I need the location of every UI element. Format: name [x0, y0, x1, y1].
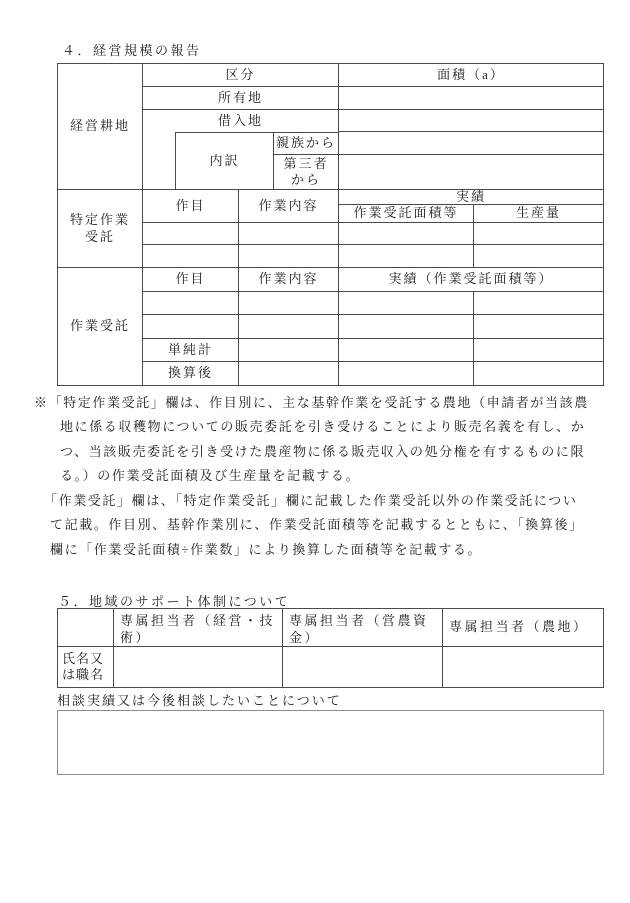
input-jutaku-r2-menseki2[interactable]: [474, 315, 603, 339]
input-tantosha-nochi[interactable]: [443, 647, 603, 687]
input-kansango-menseki2[interactable]: [474, 362, 603, 385]
note-line: て記載。作目別、基幹作業別に、作業受託面積等を記載するとともに、「換算後」: [0, 512, 630, 537]
consult-input-box[interactable]: [57, 710, 604, 775]
sagyo-jutaku-label: 作業受託: [58, 268, 143, 385]
input-jutaku-r1-naiyo[interactable]: [239, 292, 339, 315]
tokutei-sakumoku-header: 作目: [143, 190, 239, 223]
note-line: る。）の作業受託面積及び生産量を記載する。: [0, 463, 630, 488]
input-kariirechi-menseki[interactable]: [339, 110, 603, 132]
section4-title: ４．経営規模の報告: [62, 40, 202, 59]
menseki-header: 面積（a）: [339, 64, 603, 87]
input-tokutei-r2-menseki[interactable]: [339, 245, 474, 267]
jutaku-menseki-header: 作業受託面積等: [339, 205, 474, 223]
uchiwake-label: 内訳: [176, 132, 274, 189]
jutaku-sagyo-naiyo-header: 作業内容: [239, 268, 339, 292]
input-tokutei-r1-menseki[interactable]: [339, 223, 474, 245]
input-tokutei-r2-seisanryo[interactable]: [474, 245, 603, 267]
input-tanjunkei-menseki[interactable]: [339, 339, 474, 362]
sagyo-jutaku-section: 作業受託 作目 作業内容 実績（作業受託面積等） 単純計 換算後: [58, 267, 603, 385]
seisanryo-header: 生産量: [474, 205, 603, 223]
input-tokutei-r2-naiyo[interactable]: [239, 245, 339, 267]
corner-cell: [58, 609, 114, 647]
tantosha-nochi-header: 専属担当者（農地）: [443, 609, 603, 647]
note-line: 地に係る収穫物についての販売委託を引き受けることにより販売名義を有し、か: [0, 414, 630, 439]
tanjunkei-label: 単純計: [143, 339, 239, 362]
input-shinzoku-menseki[interactable]: [339, 132, 603, 155]
input-kansango-menseki[interactable]: [339, 362, 474, 385]
jutaku-sakumoku-header: 作目: [143, 268, 239, 292]
input-daisansha-menseki[interactable]: [339, 155, 603, 189]
input-jutaku-r2-naiyo[interactable]: [239, 315, 339, 339]
tokutei-sagyo-naiyo-header: 作業内容: [239, 190, 339, 223]
keiei-kochi-section: 経営耕地 区分 面積（a） 所有地 借入地 内訳 親族から 第三者 から: [58, 64, 603, 189]
form-page: ４．経営規模の報告 経営耕地 区分 面積（a） 所有地 借入地 内訳 親族から …: [0, 0, 630, 903]
input-tokutei-r1-sakumoku[interactable]: [143, 223, 239, 245]
tokutei-sagyo-jutaku-section: 特定作業 受託 作目 作業内容 実績 作業受託面積等 生産量: [58, 189, 603, 267]
input-tokutei-r1-seisanryo[interactable]: [474, 223, 603, 245]
management-scale-table: 経営耕地 区分 面積（a） 所有地 借入地 内訳 親族から 第三者 から 特定作…: [57, 63, 604, 386]
notes-block: ※「特定作業受託」欄は、作目別に、主な基幹作業を受託する農地（申請者が当該農 地…: [0, 389, 630, 561]
uchiwake-indent-cell: [143, 132, 176, 189]
input-tantosha-einoshikin[interactable]: [283, 647, 443, 687]
input-jutaku-r1-menseki2[interactable]: [474, 292, 603, 315]
consult-label: 相談実績又は今後相談したいことについて: [57, 690, 342, 709]
shimei-shokumei-label: 氏名又 は職名: [58, 647, 114, 687]
kariirechi-label: 借入地: [143, 110, 339, 132]
support-system-table: 専属担当者（経営・技 術） 専属担当者（営農資 金） 専属担当者（農地） 氏名又…: [57, 608, 604, 688]
shoyuchi-label: 所有地: [143, 87, 339, 110]
input-tokutei-r1-naiyo[interactable]: [239, 223, 339, 245]
input-jutaku-r1-sakumoku[interactable]: [143, 292, 239, 315]
tokutei-label: 特定作業 受託: [58, 190, 143, 267]
kansango-label: 換算後: [143, 362, 239, 385]
input-tantosha-keiei-gijutsu[interactable]: [114, 647, 283, 687]
input-jutaku-r2-menseki[interactable]: [339, 315, 474, 339]
input-tanjunkei-menseki2[interactable]: [474, 339, 603, 362]
note-line: つ、当該販売委託を引き受けた農産物に係る販売収入の処分権を有するものに限: [0, 438, 630, 463]
input-jutaku-r1-menseki[interactable]: [339, 292, 474, 315]
note-line: 「作業受託」欄は、「特定作業受託」欄に記載した作業受託以外の作業受託につい: [0, 487, 630, 512]
note-line: ※「特定作業受託」欄は、作目別に、主な基幹作業を受託する農地（申請者が当該農: [0, 389, 630, 414]
tantosha-einoshikin-header: 専属担当者（営農資 金）: [283, 609, 443, 647]
input-kansango-naiyo[interactable]: [239, 362, 339, 385]
input-tanjunkei-naiyo[interactable]: [239, 339, 339, 362]
jisseki-header: 実績: [339, 190, 603, 205]
input-tokutei-r2-sakumoku[interactable]: [143, 245, 239, 267]
tantosha-keiei-gijutsu-header: 専属担当者（経営・技 術）: [114, 609, 283, 647]
kubun-header: 区分: [143, 64, 339, 87]
input-shoyuchi-menseki[interactable]: [339, 87, 603, 110]
jutaku-jisseki-header: 実績（作業受託面積等）: [339, 268, 603, 292]
note-line: 欄に「作業受託面積÷作業数」により換算した面積等を記載する。: [0, 536, 630, 561]
daisansha-kara-label: 第三者 から: [274, 155, 339, 189]
shinzoku-kara-label: 親族から: [274, 132, 339, 155]
keiei-kochi-label: 経営耕地: [58, 64, 143, 189]
input-jutaku-r2-sakumoku[interactable]: [143, 315, 239, 339]
